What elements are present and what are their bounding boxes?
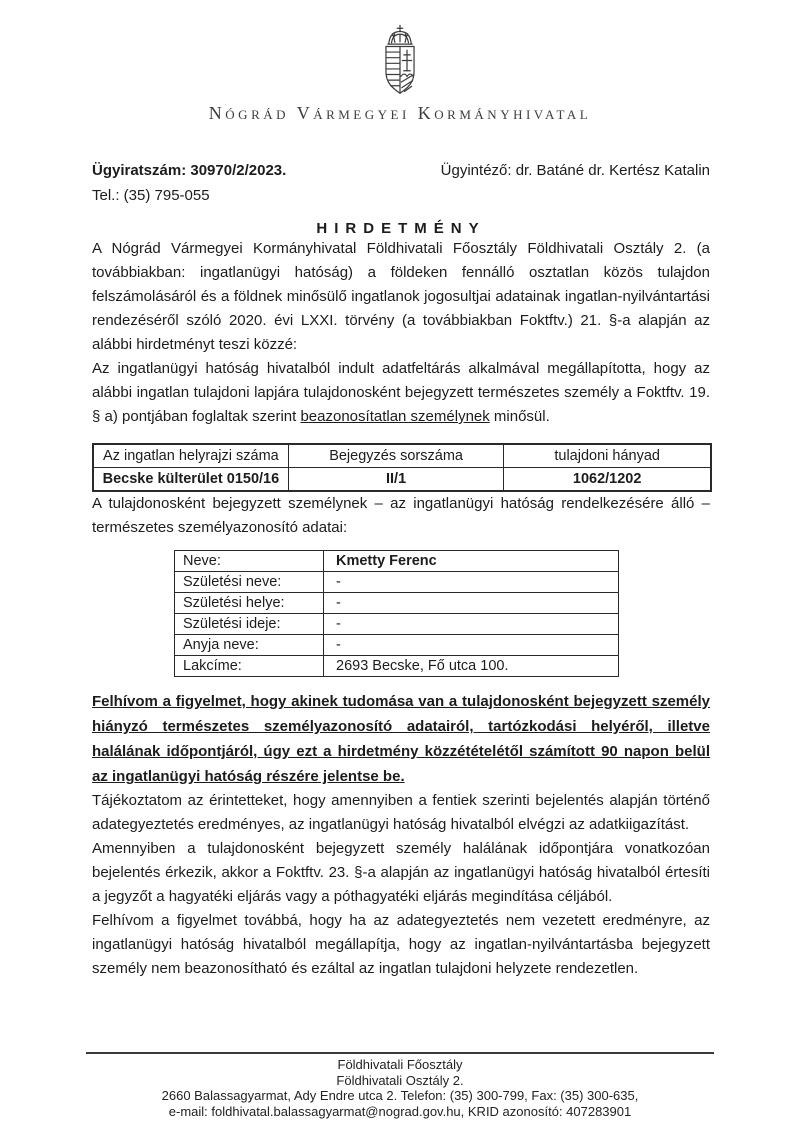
meta-left: Ügyiratszám: 30970/2/2023. Tel.: (35) 79…	[92, 158, 286, 208]
property-entry-number: II/1	[288, 468, 504, 492]
person-field-label: Születési neve:	[175, 572, 324, 593]
document-body: Ügyiratszám: 30970/2/2023. Tel.: (35) 79…	[92, 158, 710, 981]
property-ownership-share: 1062/1202	[504, 468, 711, 492]
person-field-value: -	[324, 635, 619, 656]
person-field-value: 2693 Becske, Fő utca 100.	[324, 656, 619, 677]
person-table-row: Születési helye: -	[175, 593, 619, 614]
footer: Földhivatali Főosztály Földhivatali Oszt…	[86, 1052, 714, 1119]
footer-address-phone: 2660 Balassagyarmat, Ady Endre utca 2. T…	[86, 1088, 714, 1104]
paragraph-info-3: Felhívom a figyelmet továbbá, hogy ha az…	[92, 909, 710, 981]
person-table: Neve: Kmetty Ferenc Születési neve: - Sz…	[174, 550, 619, 677]
person-table-row: Anyja neve: -	[175, 635, 619, 656]
paragraph-finding: Az ingatlanügyi hatóság hivatalból indul…	[92, 357, 710, 429]
finding-text-underlined: beazonosítatlan személynek	[300, 408, 489, 425]
footer-email-krid: e-mail: foldhivatal.balassagyarmat@nogra…	[86, 1104, 714, 1120]
property-table-header-row: Az ingatlan helyrajzi száma Bejegyzés so…	[93, 444, 711, 468]
property-table: Az ingatlan helyrajzi száma Bejegyzés so…	[92, 443, 712, 492]
person-field-label: Anyja neve:	[175, 635, 324, 656]
meta-block: Ügyiratszám: 30970/2/2023. Tel.: (35) 79…	[92, 158, 710, 208]
person-field-label: Neve:	[175, 551, 324, 572]
property-table-header: Az ingatlan helyrajzi száma	[93, 444, 288, 468]
property-table-row: Becske külterület 0150/16 II/1 1062/1202	[93, 468, 711, 492]
person-field-label: Születési ideje:	[175, 614, 324, 635]
property-table-header: tulajdoni hányad	[504, 444, 711, 468]
page-title: HIRDETMÉNY	[92, 220, 710, 237]
footer-department-1: Földhivatali Főosztály	[86, 1057, 714, 1073]
paragraph-person-intro: A tulajdonosként bejegyzett személynek –…	[92, 492, 710, 540]
person-field-label: Lakcíme:	[175, 656, 324, 677]
paragraph-intro: A Nógrád Vármegyei Kormányhivatal Földhi…	[92, 237, 710, 357]
phone-number: Tel.: (35) 795-055	[92, 183, 286, 208]
property-parcel-number: Becske külterület 0150/16	[93, 468, 288, 492]
document-page: Nógrád Vármegyei Kormányhivatal Ügyirats…	[0, 0, 800, 1131]
case-number: Ügyiratszám: 30970/2/2023.	[92, 158, 286, 183]
person-field-label: Születési helye:	[175, 593, 324, 614]
person-field-value: -	[324, 593, 619, 614]
finding-text-after: minősül.	[490, 408, 550, 425]
person-field-value: -	[324, 614, 619, 635]
person-table-row: Lakcíme: 2693 Becske, Fő utca 100.	[175, 656, 619, 677]
person-table-row: Születési ideje: -	[175, 614, 619, 635]
header	[0, 0, 800, 101]
property-table-header: Bejegyzés sorszáma	[288, 444, 504, 468]
officer-name: Ügyintéző: dr. Batáné dr. Kertész Katali…	[441, 158, 710, 208]
person-table-row: Születési neve: -	[175, 572, 619, 593]
person-table-row: Neve: Kmetty Ferenc	[175, 551, 619, 572]
hungarian-coat-of-arms-icon	[370, 84, 430, 101]
footer-department-2: Földhivatali Osztály 2.	[86, 1073, 714, 1089]
org-name: Nógrád Vármegyei Kormányhivatal	[0, 103, 800, 124]
person-field-value: Kmetty Ferenc	[324, 551, 619, 572]
person-field-value: -	[324, 572, 619, 593]
paragraph-info-1: Tájékoztatom az érintetteket, hogy amenn…	[92, 789, 710, 837]
paragraph-info-2: Amennyiben a tulajdonosként bejegyzett s…	[92, 837, 710, 909]
paragraph-warning: Felhívom a figyelmet, hogy akinek tudomá…	[92, 689, 710, 789]
